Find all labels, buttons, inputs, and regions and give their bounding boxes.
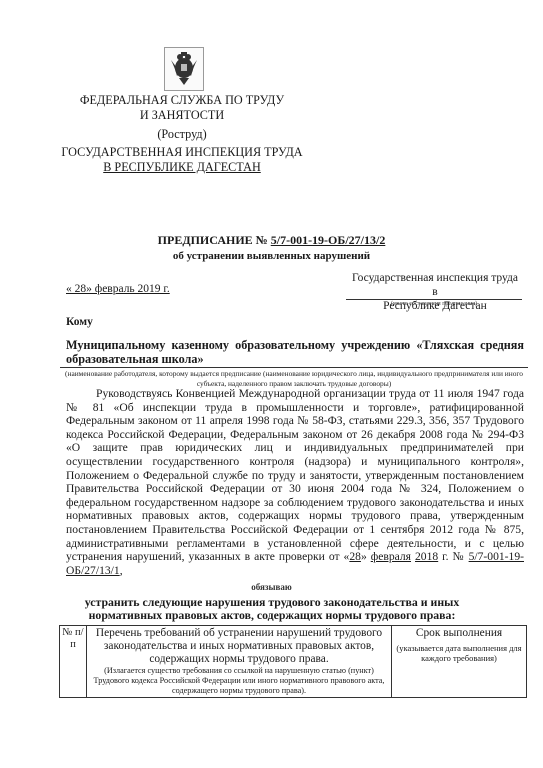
employer-name: Муниципальному казенному образовательном… [66,338,524,366]
column-deadline-note: (указывается дата выполнения для каждого… [394,643,524,663]
recipient-label: Кому [66,316,93,328]
obligation-word: обязываю [0,582,543,592]
act-day-close: » [361,550,371,563]
employer-note: (наименование работодателя, которому выд… [60,369,528,389]
agency-name: ФЕДЕРАЛЬНАЯ СЛУЖБА ПО ТРУДУ И ЗАНЯТОСТИ [32,93,332,123]
order-date-value: « 28» февраль 2019 г. [66,283,170,295]
act-year: 2018 [415,550,438,563]
order-number: 5/7-001-19-ОБ/27/13/2 [271,233,386,247]
column-deadline: Срок выполнения (указывается дата выполн… [392,626,527,698]
legal-basis-paragraph: Руководствуясь Конвенцией Международной … [66,387,524,577]
column-requirements-title: Перечень требований об устранении наруше… [96,627,382,665]
inspection-line-1: ГОСУДАРСТВЕННАЯ ИНСПЕКЦИЯ ТРУДА [32,145,332,160]
order-title: ПРЕДПИСАНИЕ № 5/7-001-19-ОБ/27/13/2 [0,233,543,248]
order-place-line-1: Государственная инспекция труда в [350,271,520,299]
act-month: февраля [371,550,411,563]
table-header-row: № п/п Перечень требований об устранении … [60,626,527,698]
act-end: , [120,564,123,577]
agency-line-2: И ЗАНЯТОСТИ [32,108,332,123]
order-subtitle: об устранении выявленных нарушений [0,250,543,262]
legal-basis-text: Руководствуясь Конвенцией Международной … [66,387,524,563]
act-year-suffix: г. № [438,550,468,563]
order-title-prefix: ПРЕДПИСАНИЕ № [158,233,268,247]
inspection-line-2: В РЕСПУБЛИКЕ ДАГЕСТАН [32,160,332,175]
column-deadline-title: Срок выполнения [416,627,502,639]
column-requirements-note: (Излагается существо требования со ссылк… [89,666,389,696]
russian-coat-of-arms-icon [164,47,204,91]
place-divider [346,299,522,300]
agency-line-1: ФЕДЕРАЛЬНАЯ СЛУЖБА ПО ТРУДУ [32,93,332,108]
act-day: 28 [349,550,361,563]
employer-divider [60,367,528,368]
column-number: № п/п [60,626,87,698]
inspection-name: ГОСУДАРСТВЕННАЯ ИНСПЕКЦИЯ ТРУДА В РЕСПУБ… [32,145,332,175]
agency-short-name: (Роструд) [32,127,332,142]
obligation-title: устранить следующие нарушения трудового … [80,596,464,622]
requirements-table: № п/п Перечень требований об устранении … [59,625,527,698]
order-date: « 28» февраль 2019 г. [66,283,170,295]
column-requirements: Перечень требований об устранении наруше… [87,626,392,698]
place-note: (место составления предписания) [346,301,522,307]
